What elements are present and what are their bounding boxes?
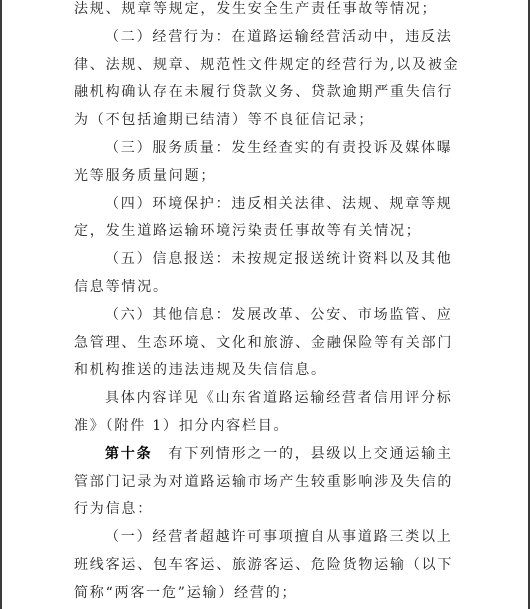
article-number: 第十条 [105, 446, 152, 462]
text-line: 信息等情况。 [74, 274, 458, 302]
article-ten-heading: 第十条有下列情形之一的，县级以上交通运输主 [74, 441, 458, 469]
document-page: 法规、规章等规定，发生安全生产责任事故等情况； （二）经营行为：在道路运输经营活… [0, 0, 530, 609]
text-line: 法规、规章等规定，发生安全生产责任事故等情况； [74, 0, 458, 24]
text-line: 融机构确认存在未履行贷款义务、贷款逾期严重失信行 [74, 79, 458, 107]
text-line: 定，发生道路运输环境污染责任事故等有关情况； [74, 218, 458, 246]
paragraph-other-information: （六）其他信息：发展改革、公安、市场监管、应 [74, 302, 458, 330]
text-line: 急管理、生态环境、文化和旅游、金融保险等有关部门 [74, 330, 458, 358]
text-line: 为（不包括逾期已结清）等不良征信记录； [74, 107, 458, 135]
paragraph-details-reference: 具体内容详见《山东省道路运输经营者信用评分标 [74, 385, 458, 413]
paragraph-information-reporting: （五）信息报送：未按规定报送统计资料以及其他 [74, 246, 458, 274]
paragraph-environmental-protection: （四）环境保护：违反相关法律、法规、规章等规 [74, 191, 458, 219]
text-line: 班线客运、包车客运、旅游客运、危险货物运输（以下 [74, 552, 458, 580]
text-line: 管部门记录为对道路运输市场产生较重影响涉及失信的 [74, 469, 458, 497]
text-line: 准》（附件 1）扣分内容栏目。 [74, 413, 458, 441]
text-line: 和机构推送的违法违规及失信信息。 [74, 357, 458, 385]
text-line: 简称“两客一危”运输）经营的； [74, 580, 458, 608]
text-line: 律、法规、规章、规范性文件规定的经营行为,以及被金 [74, 52, 458, 80]
text-line: 行为信息： [74, 496, 458, 524]
paragraph-item-one: （一）经营者超越许可事项擅自从事道路三类以上 [74, 524, 458, 552]
paragraph-business-conduct: （二）经营行为：在道路运输经营活动中，违反法 [74, 24, 458, 52]
article-text: 有下列情形之一的，县级以上交通运输主 [168, 446, 452, 462]
paragraph-service-quality: （三）服务质量：发生经查实的有责投诉及媒体曝 [74, 135, 458, 163]
document-body: 法规、规章等规定，发生安全生产责任事故等情况； （二）经营行为：在道路运输经营活… [74, 0, 458, 608]
text-line: 光等服务质量问题； [74, 163, 458, 191]
